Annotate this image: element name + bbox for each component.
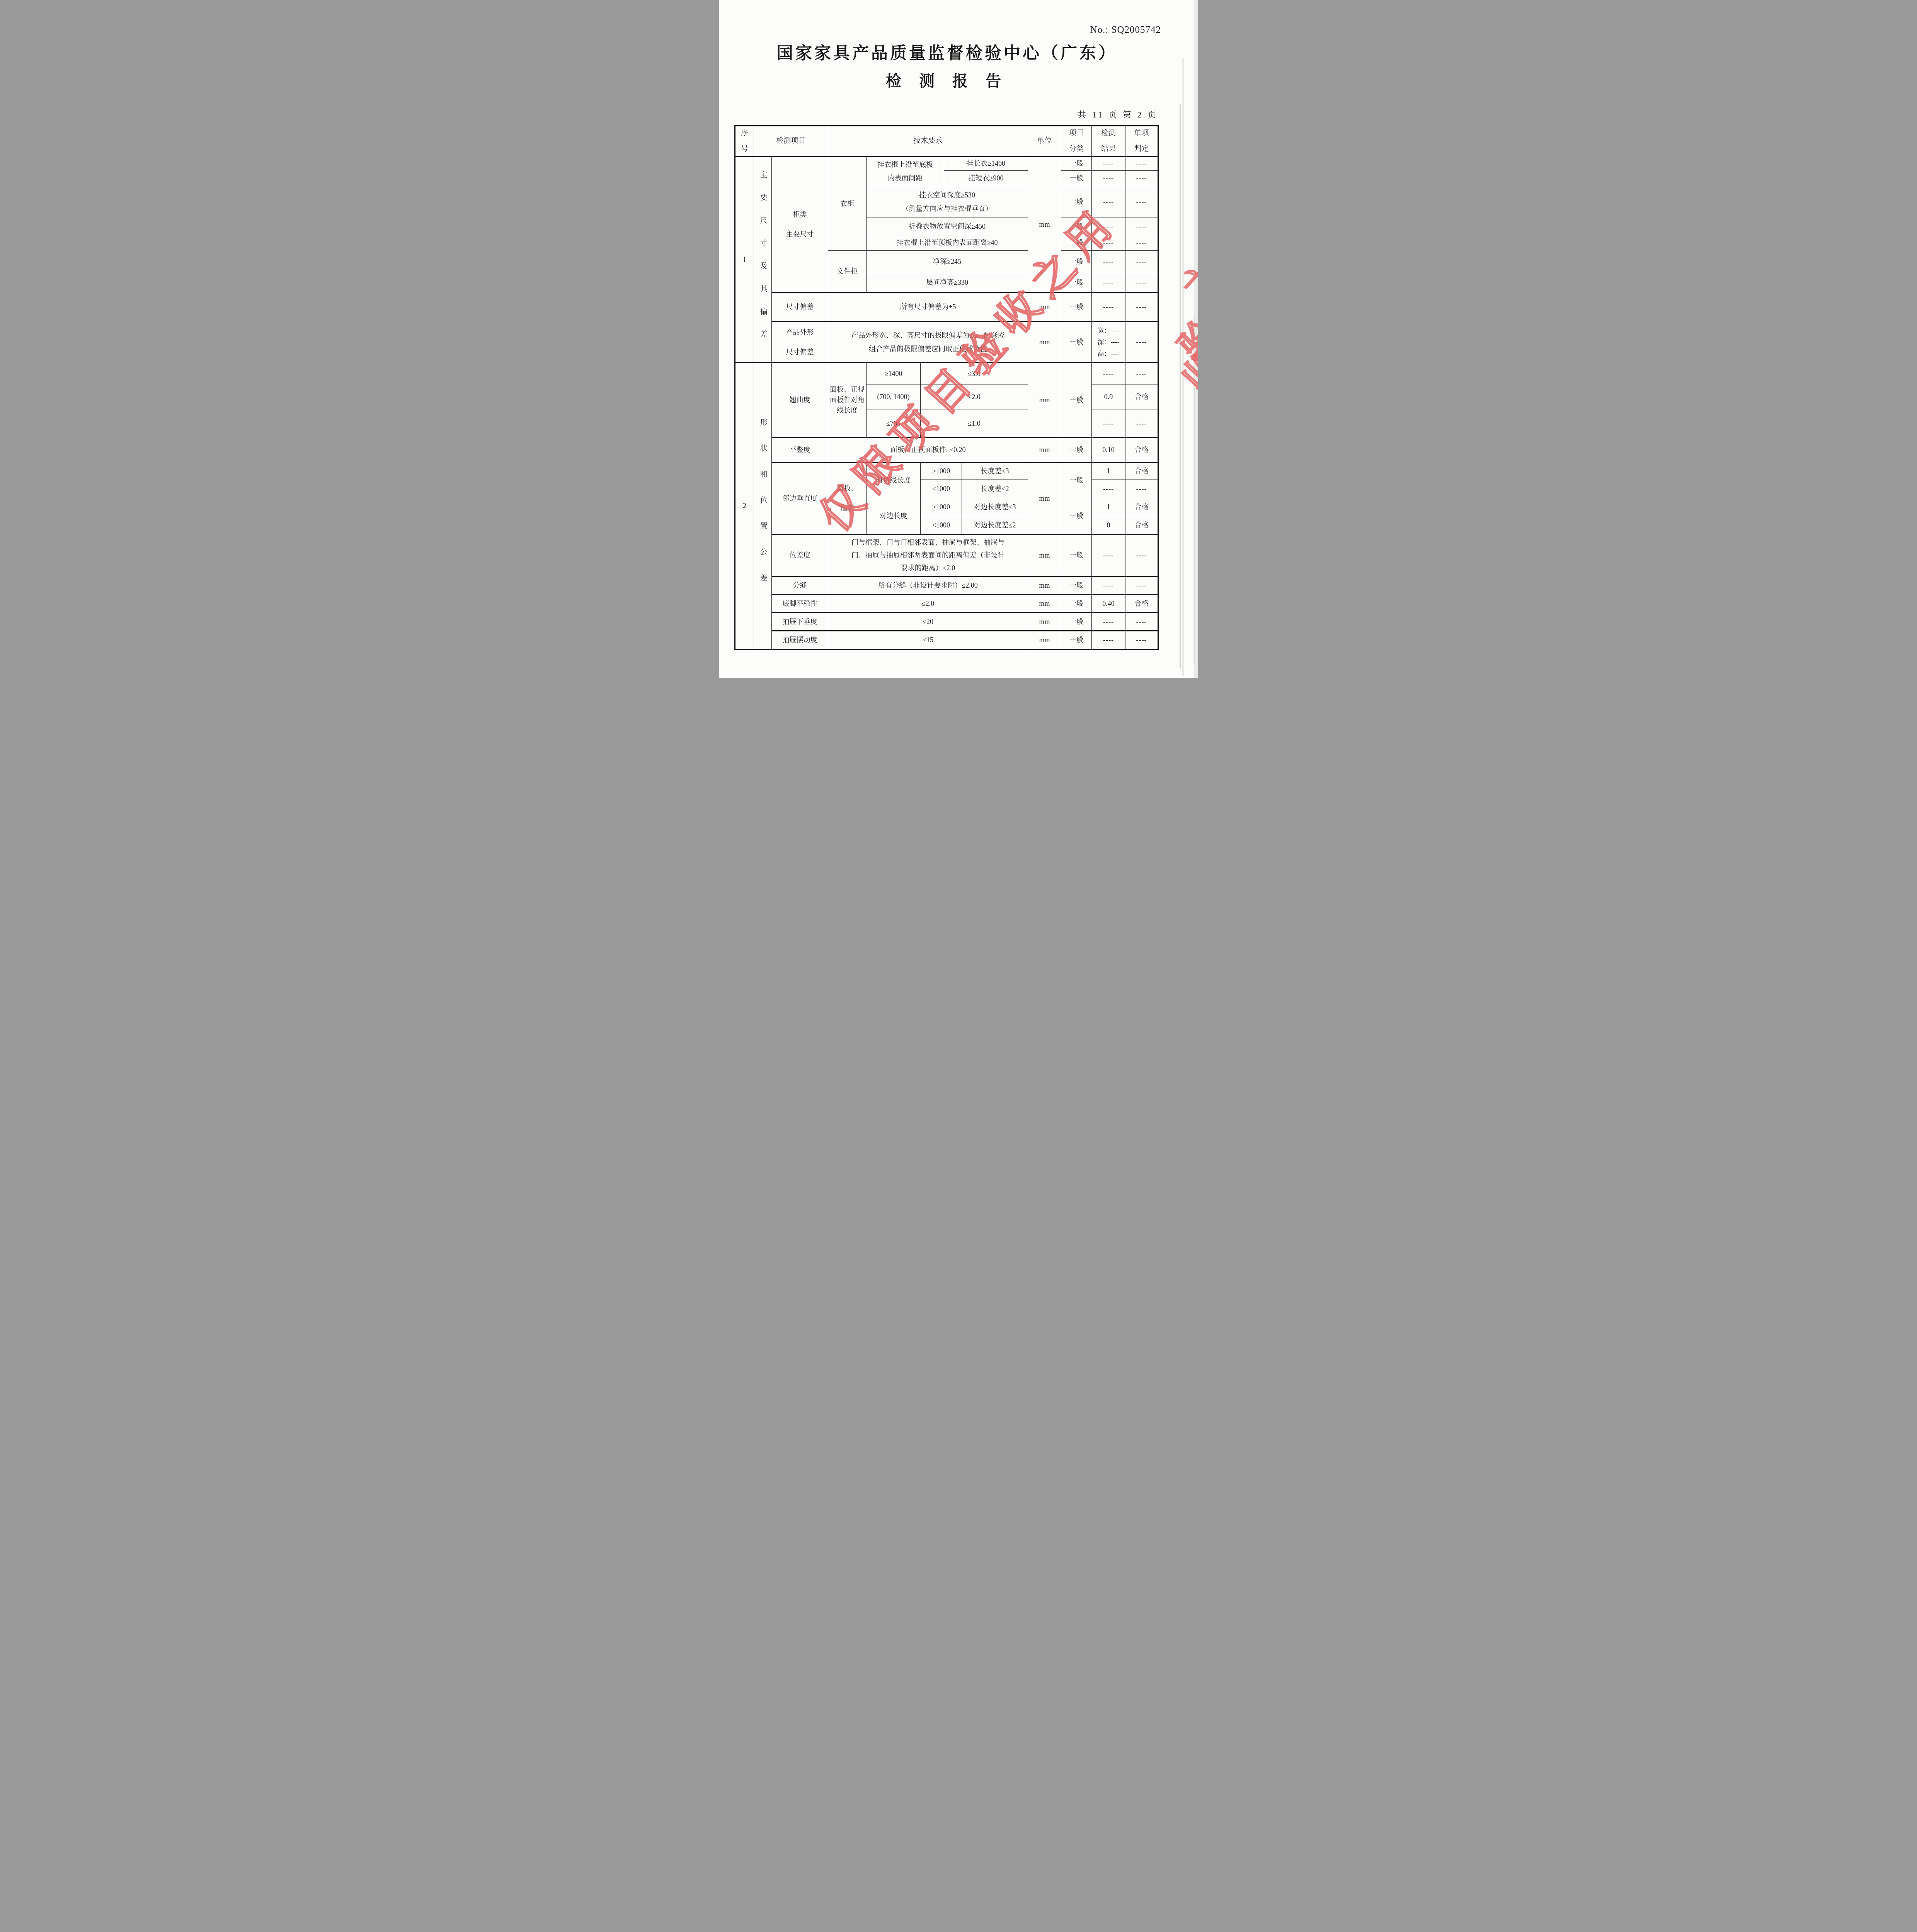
cell-verdict-r17: 合格 [1125, 516, 1158, 535]
cell-cat-r7: 一般 [1061, 273, 1092, 293]
cell-hang-depth: 挂衣空间深度≥530 （测量方向应与挂衣棍垂直） [867, 186, 1028, 218]
outline-label-l2: 尺寸偏差 [773, 347, 826, 357]
cabinet-label-l2: 主要尺寸 [773, 229, 826, 240]
cell-result-r1: ---- [1092, 157, 1125, 171]
cell-result-r20: 0.40 [1092, 595, 1125, 613]
outline-req-l2: 组合产品的极限偏差应同取正值或负值 [830, 342, 1026, 356]
hang-depth-l1: 挂衣空间深度≥530 [868, 189, 1026, 202]
cell-result-r9: 宽：---- 深：---- 高：---- [1092, 322, 1125, 363]
cell-diag-r2-limit: 长度差≤2 [962, 480, 1028, 498]
hang-rail-req-l1: 挂衣棍上沿至底板 [868, 158, 942, 172]
col-header-category-l1: 项目 [1063, 128, 1090, 139]
cell-verdict-r6: ---- [1125, 251, 1158, 273]
cell-unit-warp: mm [1028, 363, 1061, 438]
table-row: 抽屉下垂度 ≤20 mm 一般 ---- ---- [735, 613, 1158, 631]
cell-offset-label: 位差度 [772, 535, 828, 577]
cell-verdict-r16: 合格 [1125, 498, 1158, 516]
cell-verdict-r10: ---- [1125, 363, 1158, 384]
table-row: 平整度 面板、正视面板件: ≤0.20 mm 一般 0.10 合格 [735, 438, 1158, 463]
outline-req-l1: 产品外形宽、深、高尺寸的极限偏差为±5，配套或 [830, 329, 1026, 342]
cell-droop-req: ≤20 [828, 613, 1028, 631]
cell-warp-r2-limit: ≤2.0 [921, 384, 1028, 410]
report-title: 检 测 报 告 [719, 69, 1175, 91]
cell-cat-opp: 一般 [1061, 498, 1092, 535]
cell-warp-r1-limit: ≤3.0 [921, 363, 1028, 384]
cell-result-r13: 0.10 [1092, 438, 1125, 463]
table-row: 1 主要尺寸及其偏差 柜类 主要尺寸 衣柜 挂衣棍上沿至底板 内表面间距 挂长衣… [735, 157, 1158, 171]
col-header-requirement: 技术要求 [828, 126, 1028, 157]
offset-req-l3: 要求的距离）≤2.0 [830, 562, 1026, 575]
cell-verdict-r11: 合格 [1125, 384, 1158, 410]
cell-result-r17: 0 [1092, 516, 1125, 535]
cell-long-coat: 挂长衣≥1400 [944, 157, 1028, 171]
outline-label-l1: 产品外形 [773, 327, 826, 338]
cell-warp-r2-range: (700, 1400) [867, 384, 921, 410]
cell-cat-r5: 一般 [1061, 235, 1092, 251]
cell-perp-sublabel: 面板、 框架 [828, 463, 867, 535]
col-header-verdict-l2: 判定 [1127, 144, 1156, 155]
perp-sublabel-l2: 框架 [830, 503, 865, 514]
cell-diag-label: 对角线长度 [867, 463, 921, 498]
cell-result-r19: ---- [1092, 577, 1125, 595]
cell-outline-req: 产品外形宽、深、高尺寸的极限偏差为±5，配套或 组合产品的极限偏差应同取正值或负… [828, 322, 1028, 363]
cell-seam-label: 分缝 [772, 577, 828, 595]
cell-cat-swing: 一般 [1061, 631, 1092, 650]
cell-unit-cabinet: mm [1028, 157, 1061, 293]
cell-opp-r1-range: ≥1000 [921, 498, 962, 516]
cell-result-r22: ---- [1092, 631, 1125, 650]
cell-wardrobe-label: 衣柜 [828, 157, 867, 251]
cell-opp-r1-limit: 对边长度差≤3 [962, 498, 1028, 516]
cell-net-depth: 净深≥245 [867, 251, 1028, 273]
cell-opp-r2-limit: 对边长度差≤2 [962, 516, 1028, 535]
cell-cat-stability: 一般 [1061, 595, 1092, 613]
scan-crease-halo [1182, 58, 1184, 676]
cell-verdict-r3: ---- [1125, 186, 1158, 218]
cell-opp-label: 对边长度 [867, 498, 921, 535]
cell-flatness-label: 平整度 [772, 438, 828, 463]
cell-result-r6: ---- [1092, 251, 1125, 273]
cell-verdict-r5: ---- [1125, 235, 1158, 251]
cell-unit-stability: mm [1028, 595, 1061, 613]
cell-cat-r3: 一般 [1061, 186, 1092, 218]
cell-unit-perp: mm [1028, 463, 1061, 535]
cell-cat-r4: 一般 [1061, 218, 1092, 235]
cell-verdict-r1: ---- [1125, 157, 1158, 171]
cell-diag-r1-range: ≥1000 [921, 463, 962, 480]
cell-cabinet-sizes-label: 柜类 主要尺寸 [772, 157, 828, 293]
hang-depth-l2: （测量方向应与挂衣棍垂直） [868, 202, 1026, 216]
cell-unit-droop: mm [1028, 613, 1061, 631]
cell-unit-r9: mm [1028, 322, 1061, 363]
cell-result-r2: ---- [1092, 170, 1125, 186]
cell-size-dev-label: 尺寸偏差 [772, 293, 828, 322]
cell-size-dev-req: 所有尺寸偏差为±5 [828, 293, 1028, 322]
offset-req-l2: 门、抽屉与抽屉相邻两表面间的距离偏差（非设计 [830, 549, 1026, 562]
cell-cat-r2: 一般 [1061, 170, 1092, 186]
cell-result-r11: 0.9 [1092, 384, 1125, 410]
table-row: 邻边垂直度 面板、 框架 对角线长度 ≥1000 长度差≤3 mm 一般 1 合… [735, 463, 1158, 480]
cell-verdict-r20: 合格 [1125, 595, 1158, 613]
offset-req-l1: 门与框架、门与门相邻表面、抽屉与框架、抽屉与 [830, 536, 1026, 549]
cell-sec1-seq: 1 [735, 157, 754, 363]
cell-sec2-seq: 2 [735, 363, 754, 650]
cell-cat-r1: 一般 [1061, 157, 1092, 171]
col-header-result-l2: 结果 [1093, 144, 1124, 155]
col-header-seq-l1: 序 [737, 128, 752, 139]
cell-warp-r1-range: ≥1400 [867, 363, 921, 384]
inspection-table: 序 号 检测项目 技术要求 单位 项目 分类 检测 结果 [734, 125, 1159, 650]
cell-result-r3: ---- [1092, 186, 1125, 218]
col-header-seq-l2: 号 [737, 144, 752, 155]
hang-rail-req-l2: 内表面间距 [868, 172, 942, 185]
cell-cat-r9: 一般 [1061, 322, 1092, 363]
cell-verdict-r4: ---- [1125, 218, 1158, 235]
cell-unit-r8: mm [1028, 293, 1061, 322]
cell-offset-req: 门与框架、门与门相邻表面、抽屉与框架、抽屉与 门、抽屉与抽屉相邻两表面间的距离偏… [828, 535, 1028, 577]
cell-warp-r3-limit: ≤1.0 [921, 410, 1028, 438]
outline-result-height: 高：---- [1093, 348, 1124, 360]
cell-warp-r3-range: ≤700 [867, 410, 921, 438]
col-header-verdict: 单项 判定 [1125, 126, 1158, 157]
scan-edge-line [1193, 317, 1195, 665]
cell-result-r15: ---- [1092, 480, 1125, 498]
cell-outline-label: 产品外形 尺寸偏差 [772, 322, 828, 363]
cabinet-label-l1: 柜类 [773, 209, 826, 220]
cell-opp-r2-range: <1000 [921, 516, 962, 535]
cell-result-r7: ---- [1092, 273, 1125, 293]
cell-verdict-r15: ---- [1125, 480, 1158, 498]
cell-result-r12: ---- [1092, 410, 1125, 438]
cell-layer-height: 层间净高≥330 [867, 273, 1028, 293]
cell-verdict-r19: ---- [1125, 577, 1158, 595]
cell-cat-flatness: 一般 [1061, 438, 1092, 463]
sec2-name-vertical: 形状和位置公差 [757, 418, 768, 600]
page-indicator: 共 11 页 第 2 页 [1078, 108, 1158, 120]
col-header-category: 项目 分类 [1061, 126, 1092, 157]
col-header-unit: 单位 [1028, 126, 1061, 157]
cell-verdict-r2: ---- [1125, 170, 1158, 186]
col-header-category-l2: 分类 [1063, 144, 1090, 155]
cell-cat-r8: 一般 [1061, 293, 1092, 322]
col-header-result: 检测 结果 [1092, 126, 1125, 157]
cell-result-r14: 1 [1092, 463, 1125, 480]
cell-result-r16: 1 [1092, 498, 1125, 516]
table-row: 尺寸偏差 所有尺寸偏差为±5 mm 一般 ---- ---- [735, 293, 1158, 322]
cell-diag-r2-range: <1000 [921, 480, 962, 498]
table-header-row: 序 号 检测项目 技术要求 单位 项目 分类 检测 结果 [735, 126, 1158, 157]
cell-verdict-r9: ---- [1125, 322, 1158, 363]
cell-verdict-r21: ---- [1125, 613, 1158, 631]
report-page: No.: SQ2005742 国家家具产品质量监督检验中心（广东） 检 测 报 … [719, 0, 1198, 678]
cell-verdict-r12: ---- [1125, 410, 1158, 438]
report-number: No.: SQ2005742 [1090, 25, 1161, 36]
cell-swing-label: 抽屉摆动度 [772, 631, 828, 650]
cell-verdict-r22: ---- [1125, 631, 1158, 650]
cell-fold-space: 折叠衣物放置空间深≥450 [867, 218, 1028, 235]
cell-cat-droop: 一般 [1061, 613, 1092, 631]
col-header-item: 检测项目 [754, 126, 828, 157]
cell-verdict-r7: ---- [1125, 273, 1158, 293]
cell-stability-label: 底脚平稳性 [772, 595, 828, 613]
outline-result-depth: 深：---- [1093, 337, 1124, 348]
cell-cat-offset: 一般 [1061, 535, 1092, 577]
cell-verdict-r18: ---- [1125, 535, 1158, 577]
table-row: 底脚平稳性 ≤2.0 mm 一般 0.40 合格 [735, 595, 1158, 613]
cell-cat-seam: 一般 [1061, 577, 1092, 595]
cell-warp-label: 翘曲度 [772, 363, 828, 438]
outline-result-width: 宽：---- [1093, 325, 1124, 337]
table-row: 分缝 所有分缝（非设计要求时）≤2.00 mm 一般 ---- ---- [735, 577, 1158, 595]
cell-warp-sublabel: 面板、正视面板件对角线长度 [828, 363, 867, 438]
cell-result-r21: ---- [1092, 613, 1125, 631]
cell-verdict-r13: 合格 [1125, 438, 1158, 463]
cell-unit-seam: mm [1028, 577, 1061, 595]
cell-sec1-name: 主要尺寸及其偏差 [754, 157, 772, 363]
table-row: 2 形状和位置公差 翘曲度 面板、正视面板件对角线长度 ≥1400 ≤3.0 m… [735, 363, 1158, 384]
col-header-seq: 序 号 [735, 126, 754, 157]
table-row: 位差度 门与框架、门与门相邻表面、抽屉与框架、抽屉与 门、抽屉与抽屉相邻两表面间… [735, 535, 1158, 577]
cell-cat-r6: 一般 [1061, 251, 1092, 273]
cell-result-r18: ---- [1092, 535, 1125, 577]
cell-result-r10: ---- [1092, 363, 1125, 384]
col-header-verdict-l1: 单项 [1127, 128, 1156, 139]
cell-hang-rail-req: 挂衣棍上沿至底板 内表面间距 [867, 157, 944, 186]
cell-stability-req: ≤2.0 [828, 595, 1028, 613]
cell-unit-offset: mm [1028, 535, 1061, 577]
table-row: 产品外形 尺寸偏差 产品外形宽、深、高尺寸的极限偏差为±5，配套或 组合产品的极… [735, 322, 1158, 363]
cell-result-r8: ---- [1092, 293, 1125, 322]
perp-sublabel-l1: 面板、 [830, 483, 865, 494]
cell-perp-label: 邻边垂直度 [772, 463, 828, 535]
cell-flatness-req: 面板、正视面板件: ≤0.20 [828, 438, 1028, 463]
cell-diag-r1-limit: 长度差≤3 [962, 463, 1028, 480]
cell-file-cabinet-label: 文件柜 [828, 251, 867, 293]
cell-verdict-r8: ---- [1125, 293, 1158, 322]
cell-verdict-r14: 合格 [1125, 463, 1158, 480]
cell-result-r4: ---- [1092, 218, 1125, 235]
cell-result-r5: ---- [1092, 235, 1125, 251]
cell-cat-warp: 一般 [1061, 363, 1092, 438]
scan-crease-line [1180, 104, 1181, 668]
cell-swing-req: ≤15 [828, 631, 1028, 650]
table-row: 抽屉摆动度 ≤15 mm 一般 ---- ---- [735, 631, 1158, 650]
org-title: 国家家具产品质量监督检验中心（广东） [719, 40, 1175, 64]
cell-short-coat: 挂短衣≥900 [944, 170, 1028, 186]
cell-unit-flatness: mm [1028, 438, 1061, 463]
cell-cat-diag: 一般 [1061, 463, 1092, 498]
cell-droop-label: 抽屉下垂度 [772, 613, 828, 631]
col-header-result-l1: 检测 [1093, 128, 1124, 139]
cell-unit-swing: mm [1028, 631, 1061, 650]
cell-seam-req: 所有分缝（非设计要求时）≤2.00 [828, 577, 1028, 595]
sec1-name-vertical: 主要尺寸及其偏差 [757, 171, 768, 353]
cell-rail-top: 挂衣棍上沿至顶板内表面距离≥40 [867, 235, 1028, 251]
cell-sec2-name: 形状和位置公差 [754, 363, 772, 650]
